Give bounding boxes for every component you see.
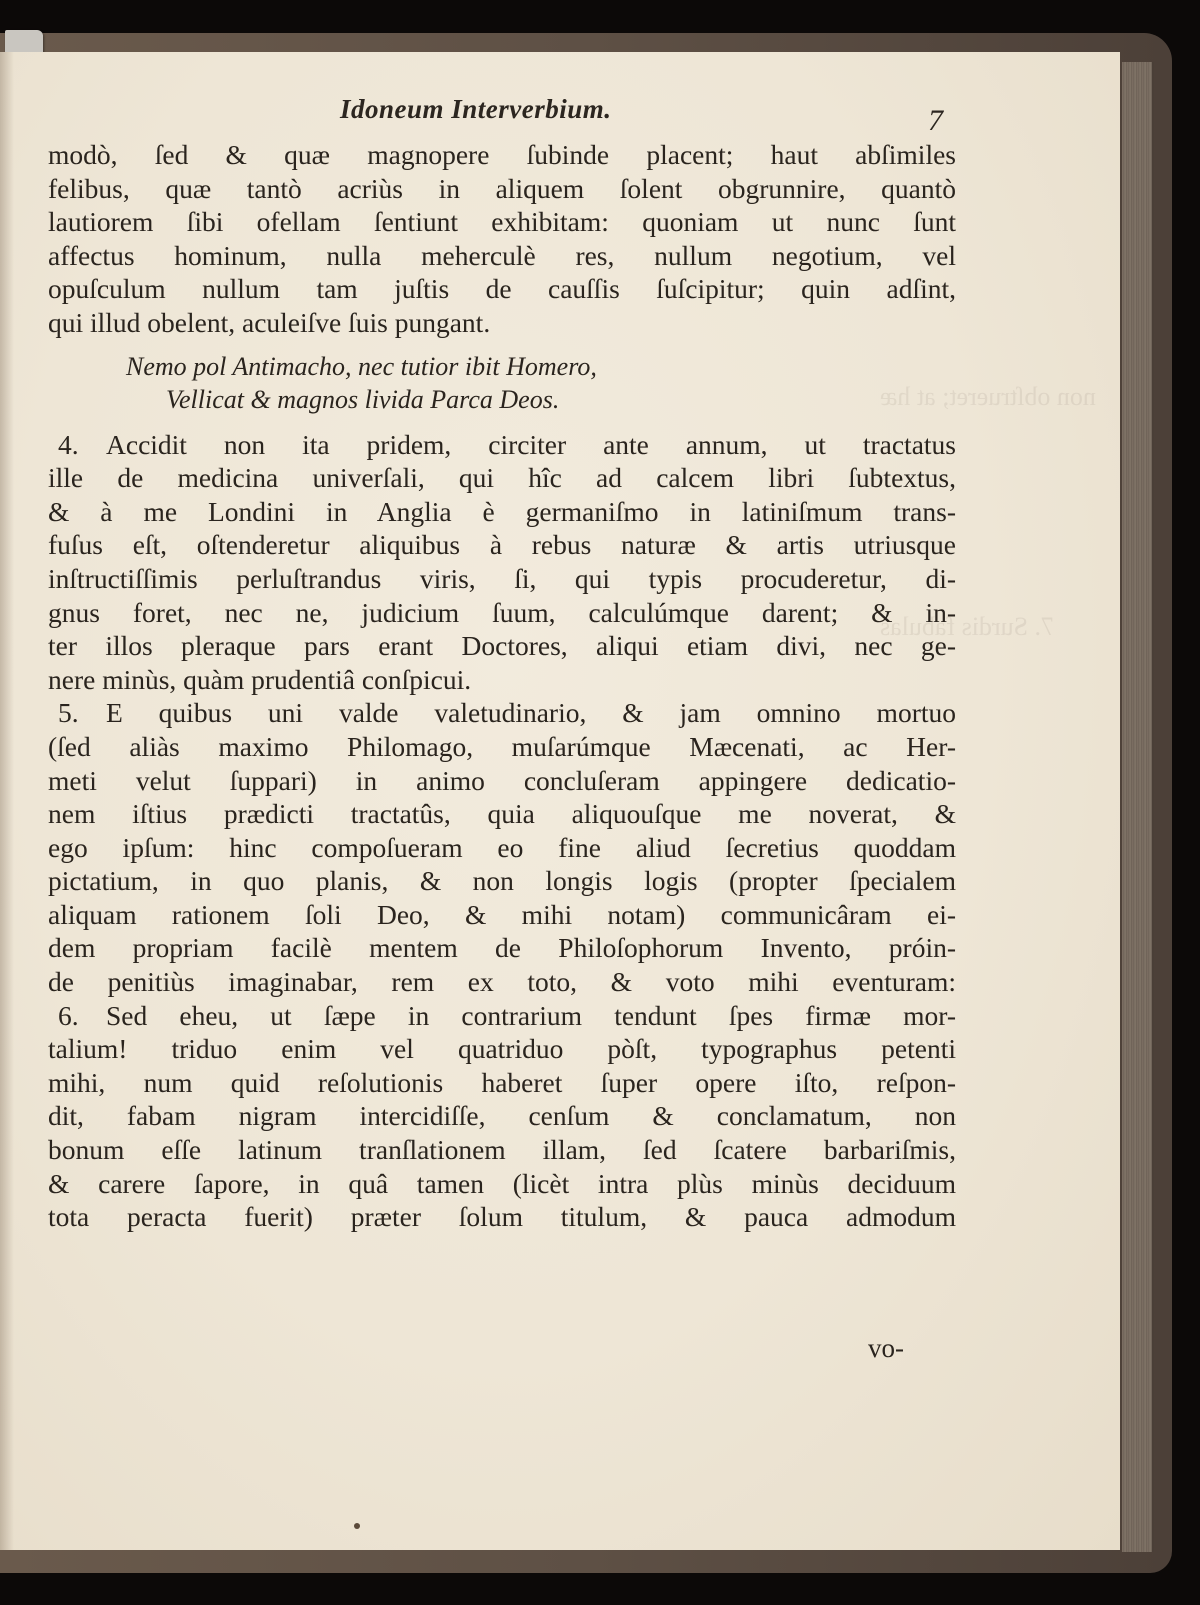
verse-quotation: Nemo pol Antimacho, nec tutior ibit Home… — [48, 350, 956, 416]
page-fore-edge — [1122, 62, 1154, 1552]
text-line: mihi, num quid reſolutionis haberet ſupe… — [48, 1066, 956, 1100]
paper-tab-marker — [5, 30, 43, 54]
text-line: dit, fabam nigram intercidiſſe, cenſum &… — [48, 1099, 956, 1133]
text-line: qui illud obelent, aculeiſve ſuis pungan… — [48, 306, 956, 340]
paragraph-number: 4. — [48, 428, 106, 462]
text-block: modò, ſed & quæ magnopere ſubinde placen… — [48, 138, 956, 1234]
text-line: modò, ſed & quæ magnopere ſubinde placen… — [48, 138, 956, 172]
text-line: talium! triduo enim vel quatriduo pòſt, … — [48, 1032, 956, 1066]
text-line: nere minùs, quàm prudentiâ conſpicui. — [48, 663, 956, 697]
text-line: lautiorem ſibi ofellam ſentiunt exhibita… — [48, 205, 956, 239]
text-line: opuſculum nullum tam juſtis de cauſſis ſ… — [48, 272, 956, 306]
text-line: inſtructiſſimis perluſtrandus viris, ſi,… — [48, 562, 956, 596]
text-line: bonum eſſe latinum tranſlationem illam, … — [48, 1133, 956, 1167]
catchword: vo- — [868, 1333, 904, 1364]
text-line: meti velut ſuppari) in animo concluſeram… — [48, 764, 956, 798]
verse-line: Vellicat & magnos livida Parca Deos. — [48, 383, 956, 416]
text-line: ego ipſum: hinc compoſueram eo fine aliu… — [48, 831, 956, 865]
text-line: 5.E quibus uni valde valetudinario, & ja… — [48, 696, 956, 730]
verse-line: Nemo pol Antimacho, nec tutior ibit Home… — [48, 350, 956, 383]
text-line: aliquam rationem ſoli Deo, & mihi notam)… — [48, 898, 956, 932]
running-head: Idoneum Interverbium. — [340, 94, 612, 125]
text-line: ter illos pleraque pars erant Doctores, … — [48, 629, 956, 663]
text-line: affectus hominum, nulla meherculè res, n… — [48, 239, 956, 273]
gutter-shadow — [0, 52, 14, 1550]
text-line: dem propriam facilè mentem de Philoſopho… — [48, 931, 956, 965]
text-line: pictatium, in quo planis, & non longis l… — [48, 864, 956, 898]
ink-spot — [354, 1523, 360, 1529]
text-line: 6.Sed eheu, ut ſæpe in contrarium tendun… — [48, 999, 956, 1033]
text-line: de penitiùs imaginabar, rem ex toto, & v… — [48, 965, 956, 999]
text-line: ille de medicina univerſali, qui hîc ad … — [48, 461, 956, 495]
paragraph-4: 4.Accidit non ita pridem, circiter ante … — [48, 428, 956, 697]
text-line: gnus foret, nec ne, judicium ſuum, calcu… — [48, 596, 956, 630]
paragraph-continued: modò, ſed & quæ magnopere ſubinde placen… — [48, 138, 956, 340]
text-line: & à me Londini in Anglia è germaniſmo in… — [48, 495, 956, 529]
text-line: nem iſtius prædicti tractatûs, quia aliq… — [48, 797, 956, 831]
text-line: (ſed aliàs maximo Philomago, muſarúmque … — [48, 730, 956, 764]
paragraph-number: 5. — [48, 696, 106, 730]
paragraph-5: 5.E quibus uni valde valetudinario, & ja… — [48, 696, 956, 998]
text-line: & carere ſapore, in quâ tamen (licèt int… — [48, 1167, 956, 1201]
text-line: tota peracta fuerit) præter ſolum titulu… — [48, 1200, 956, 1234]
page-number: 7 — [928, 104, 943, 138]
paragraph-number: 6. — [48, 999, 106, 1033]
paragraph-6: 6.Sed eheu, ut ſæpe in contrarium tendun… — [48, 999, 956, 1234]
text-line: felibus, quæ tantò acriùs in aliquem ſol… — [48, 172, 956, 206]
text-line: 4.Accidit non ita pridem, circiter ante … — [48, 428, 956, 462]
text-line: fuſus eſt, oſtenderetur aliquibus à rebu… — [48, 528, 956, 562]
